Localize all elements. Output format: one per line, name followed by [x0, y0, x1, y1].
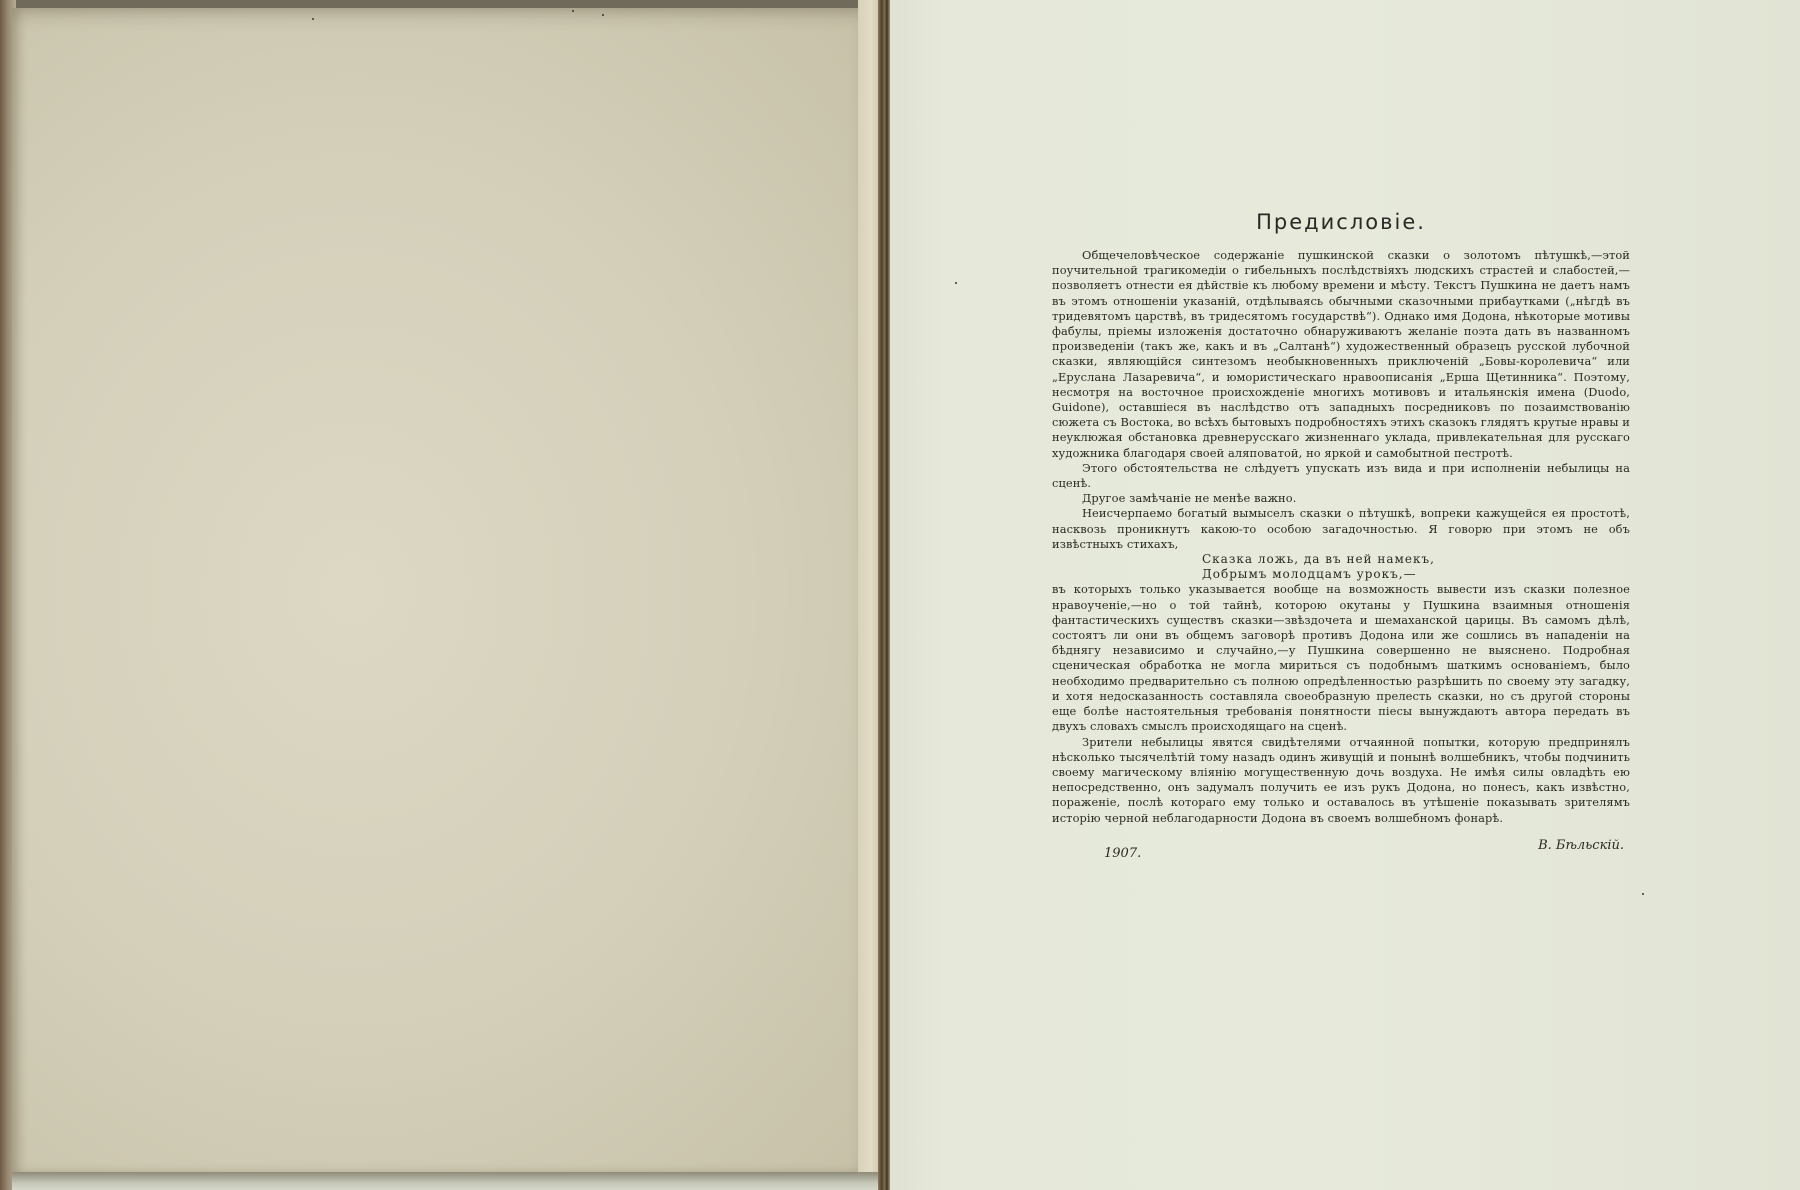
preface-text-block: Предисловіе. Общечеловѣческое содержаніе…: [1052, 210, 1630, 858]
paragraph-3: Другое замѣчаніе не менѣе важно.: [1052, 491, 1630, 506]
book-spine: [878, 0, 890, 1190]
paragraph-1: Общечеловѣческое содержаніе пушкинской с…: [1052, 248, 1630, 461]
page-title: Предисловіе.: [1052, 210, 1630, 234]
paper-speck: [602, 14, 604, 16]
verse-line-1: Сказка ложь, да въ ней намекъ,: [1202, 552, 1630, 567]
preface-footer: 1907. В. Бѣльскій.: [1052, 838, 1630, 858]
paper-speck: [572, 10, 574, 12]
left-page-gutter: [858, 0, 880, 1190]
paragraph-continuation: въ которыхъ только указывается вообще на…: [1052, 582, 1630, 734]
paragraph-final: Зрители небылицы явятся свидѣтелями отча…: [1052, 735, 1630, 826]
book-spread: Предисловіе. Общечеловѣческое содержаніе…: [0, 0, 1800, 1190]
paper-speck: [312, 18, 314, 20]
left-page-blank: [12, 8, 862, 1173]
publication-year: 1907.: [1104, 846, 1141, 861]
author-signature: В. Бѣльскій.: [1538, 838, 1624, 853]
paper-speck: [1642, 893, 1644, 895]
verse-line-2: Добрымъ молодцамъ урокъ,—: [1202, 567, 1630, 582]
paper-speck: [955, 282, 957, 284]
left-page-bottom-edge: [12, 1172, 878, 1190]
paragraph-4: Неисчерпаемо богатый вымыселъ сказки о п…: [1052, 506, 1630, 552]
paragraph-2: Этого обстоятельства не слѣдуетъ упускат…: [1052, 461, 1630, 491]
